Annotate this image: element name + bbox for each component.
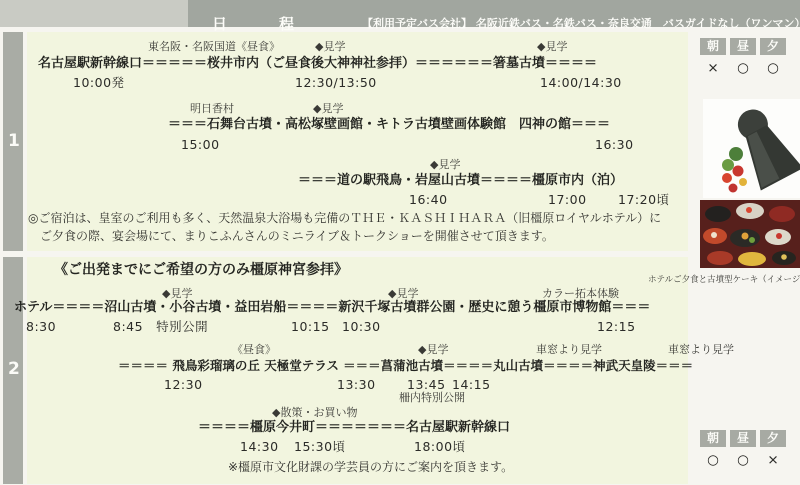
day2-number: 2 [8, 359, 20, 379]
day1-row1-transit-label: 東名阪・名阪国道《昼食》 [148, 41, 280, 54]
day2-row1-time-4: 10:30 [342, 320, 381, 334]
day2-row3-stroll-label: ◆散策・お買い物 [272, 407, 357, 420]
bus-company-info: 【利用予定バス会社】 名阪近鉄バス・名鉄バス・奈良交通 バスガイドなし（ワンマン… [362, 15, 800, 31]
schedule-label-left: 日 [212, 13, 227, 34]
day2-heading: 《ご出発までにご希望の方のみ橿原神宮参拝》 [54, 262, 348, 278]
day2-row1-experience-label: カラー拓本体験 [542, 288, 619, 301]
day2-row1-time-2: 8:45 特別公開 [113, 320, 208, 334]
day1-row1-time-2: 12:30/13:50 [295, 76, 377, 90]
day1-row1-visit-label-2: ◆見学 [537, 41, 567, 54]
day2-row2-lunch-label: 《昼食》 [232, 344, 276, 357]
day1-meal-mark-morning: × [700, 60, 726, 76]
hotel-dinner-photo [700, 200, 800, 268]
day2-row2-window-label-1: 車窓より見学 [536, 344, 602, 357]
day2-row2-time-2: 13:30 [337, 378, 376, 392]
kofun-cake-photo [703, 99, 800, 198]
day1-row1-route: 名古屋駅新幹線口＝＝＝＝＝桜井市内（ご昼食後大神神社参拝）＝＝＝＝＝＝箸墓古墳＝… [38, 57, 597, 72]
day2-meal-board: 朝 昼 夕 ○ ○ × [700, 430, 796, 468]
dinner-photo-caption: ホテルご夕食と古墳型ケーキ（イメージ） [648, 276, 800, 286]
header-bar-left-margin [0, 0, 188, 27]
day1-row1-visit-label-1: ◆見学 [315, 41, 345, 54]
day2-meal-mark-evening: × [760, 452, 786, 468]
day1-row3-time-1: 16:40 [409, 193, 448, 207]
day2-row1-time-1: 8:30 [26, 320, 56, 334]
day2-row2-special-note: 柵内特別公開 [399, 392, 465, 405]
day1-row2-time-2: 16:30 [595, 138, 634, 152]
tour-itinerary-page: 日 程 【利用予定バス会社】 名阪近鉄バス・名鉄バス・奈良交通 バスガイドなし（… [0, 0, 800, 485]
day1-row3-time-2: 17:00 [548, 193, 587, 207]
schedule-label-right: 程 [279, 13, 294, 34]
day2-row1-visit-label-1: ◆見学 [162, 288, 192, 301]
day1-row2-visit-label: ◆見学 [313, 103, 343, 116]
day1-meal-label-noon: 昼 [730, 38, 756, 55]
day2-meal-label-evening: 夕 [760, 430, 786, 447]
day1-row2-area-label: 明日香村 [190, 103, 234, 116]
day2-row1-time-3: 10:15 [291, 320, 330, 334]
day1-row3-route: ＝＝＝道の駅飛鳥・岩屋山古墳＝＝＝＝橿原市内（泊） [298, 174, 623, 189]
day2-row2-route: ＝＝＝＝ 飛鳥彩瑠璃の丘 天極堂テラス ＝＝＝菖蒲池古墳＝＝＝＝丸山古墳＝＝＝＝… [118, 359, 693, 373]
day1-number: 1 [8, 131, 20, 151]
day2-footer-note: ※橿原市文化財課の学芸員の方にご案内を頂きます。 [228, 461, 513, 475]
day1-meal-board: 朝 昼 夕 × ○ ○ [700, 38, 796, 76]
day1-meal-mark-evening: ○ [760, 60, 786, 76]
day2-row3-time-1: 14:30 [240, 440, 279, 454]
day1-note-line1: ◎ご宿泊は、皇室のご利用も多く、天然温泉大浴場も完備のＴＨＥ・ＫＡＳＨＩＨＡＲＡ… [28, 212, 661, 226]
day2-meal-label-morning: 朝 [700, 430, 726, 447]
day1-row1-time-3: 14:00/14:30 [540, 76, 622, 90]
day1-row3-time-3: 17:20頃 [618, 193, 670, 207]
day2-row1-visit-label-2: ◆見学 [388, 288, 418, 301]
day2-row1-route: ホテル＝＝＝＝沼山古墳・小谷古墳・益田岩船＝＝＝＝新沢千塚古墳群公園・歴史に憩う… [14, 301, 650, 316]
day2-row2-visit-label: ◆見学 [418, 344, 448, 357]
day1-note-line2: ご夕食の際、宴会場にて、まりこふんさんのミニライブ＆トークショーを開催させて頂き… [40, 230, 554, 244]
day1-meal-label-morning: 朝 [700, 38, 726, 55]
day2-row3-time-2: 15:30頃 [294, 440, 346, 454]
day2-row3-time-3: 18:00頃 [414, 440, 466, 454]
day1-row1-time-1: 10:00発 [73, 76, 125, 90]
day1-row3-visit-label: ◆見学 [430, 159, 460, 172]
day1-row2-time-1: 15:00 [181, 138, 220, 152]
day1-meal-mark-noon: ○ [730, 60, 756, 76]
day2-row1-time-5: 12:15 [597, 320, 636, 334]
day2-row2-time-1: 12:30 [164, 378, 203, 392]
day1-row2-route: ＝＝＝石舞台古墳・高松塚壁画館・キトラ古墳壁画体験館 四神の館＝＝＝ [168, 118, 610, 133]
day2-meal-label-noon: 昼 [730, 430, 756, 447]
day2-meal-mark-noon: ○ [730, 452, 756, 468]
day1-meal-label-evening: 夕 [760, 38, 786, 55]
day2-row2-window-label-2: 車窓より見学 [668, 344, 734, 357]
day2-meal-mark-morning: ○ [700, 452, 726, 468]
day2-row3-route: ＝＝＝＝橿原今井町＝＝＝＝＝＝＝名古屋駅新幹線口 [198, 421, 510, 436]
